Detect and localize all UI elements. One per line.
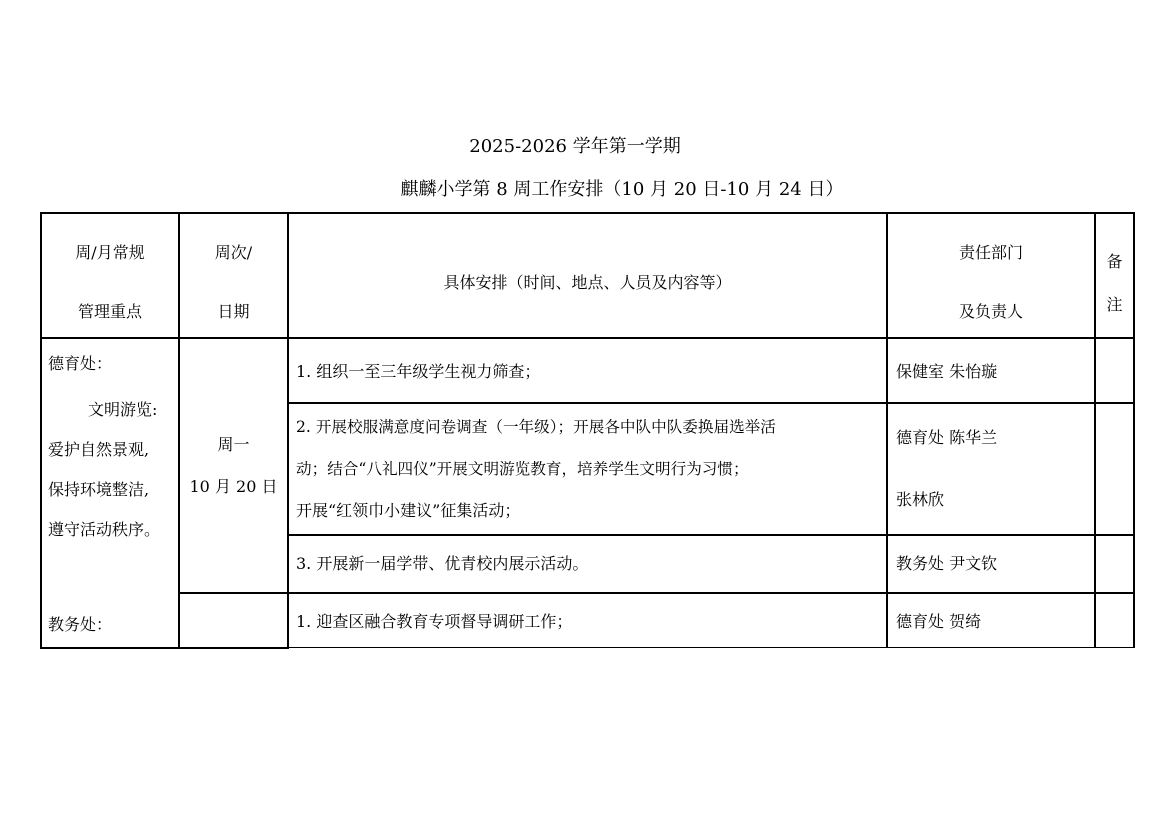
header-responsible-line1: 责任部门: [888, 243, 1094, 263]
document-title-term: 2025-2026 学年第一学期: [0, 135, 1160, 159]
row-2-content-line1: 2. 开展校服满意度问卷调查（一年级）；开展各中队中队委换届选举活: [296, 417, 776, 437]
row-4-content: 1. 迎查区融合教育专项督导调研工作；: [296, 612, 572, 632]
focus-dept-academic: 教务处：: [48, 615, 112, 635]
column-divider-1: [178, 212, 180, 649]
focus-line-3: 保持环境整洁,: [48, 480, 149, 500]
header-focus-line2: 管理重点: [42, 302, 178, 322]
row-divider-2: [287, 534, 1135, 536]
header-notes-line1: 备: [1096, 252, 1133, 272]
header-week-line2: 日期: [180, 302, 287, 322]
header-focus-line1: 周/月常规: [42, 243, 178, 263]
row-2-responsible-line2: 张林欣: [896, 490, 944, 510]
row-2-content-line3: 开展“红领巾小建议”征集活动；: [296, 501, 520, 521]
row-divider-3: [178, 592, 1135, 594]
focus-line-4: 遵守活动秩序。: [48, 520, 160, 540]
header-divider: [40, 337, 1135, 339]
header-arrangement: 具体安排（时间、地点、人员及内容等）: [289, 273, 886, 293]
row-2-responsible-line1: 德育处 陈华兰: [896, 428, 997, 448]
table-border-left: [40, 212, 42, 649]
day-date: 10 月 20 日: [180, 477, 287, 497]
table-border-top: [40, 212, 1135, 214]
row-3-content: 3. 开展新一届学带、优青校内展示活动。: [296, 554, 588, 574]
table-border-bottom-left: [40, 647, 289, 649]
table-border-right: [1133, 212, 1135, 648]
row-2-content-line2: 动；结合“八礼四仪”开展文明游览教育，培养学生文明行为习惯；: [296, 459, 749, 479]
header-week-line1: 周次/: [180, 243, 287, 263]
row-4-responsible: 德育处 贺绮: [896, 612, 981, 632]
focus-line-1: 文明游览:: [88, 400, 157, 420]
row-1-content: 1. 组织一至三年级学生视力筛查；: [296, 362, 540, 382]
column-divider-3: [886, 212, 888, 648]
focus-line-2: 爱护自然景观,: [48, 440, 149, 460]
header-notes-line2: 注: [1096, 295, 1133, 315]
column-divider-4: [1094, 212, 1096, 648]
document-title-schedule: 麒麟小学第 8 周工作安排（10 月 20 日-10 月 24 日）: [37, 178, 1170, 202]
row-divider-1: [287, 402, 1135, 404]
focus-dept-moral: 德育处：: [48, 354, 112, 374]
header-responsible-line2: 及负责人: [888, 302, 1094, 322]
row-1-responsible: 保健室 朱怡璇: [896, 362, 997, 382]
row-3-responsible: 教务处 尹文钦: [896, 554, 997, 574]
table-border-bottom-right: [287, 647, 1135, 648]
day-weekday: 周一: [180, 435, 287, 455]
